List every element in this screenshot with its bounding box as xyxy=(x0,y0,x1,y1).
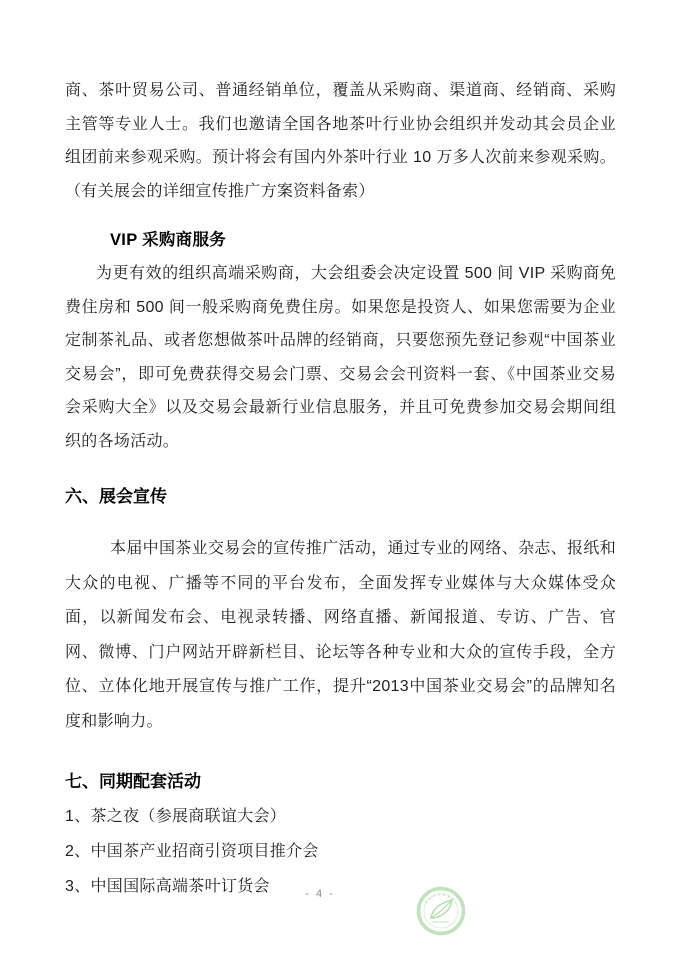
vip-section-heading: VIP 采购商服务 xyxy=(110,224,616,257)
vip-section-body: 为更有效的组织高端采购商，大会组委会决定设置 500 间 VIP 采购商免费住房… xyxy=(65,257,616,458)
leaf-stamp-icon xyxy=(415,885,467,937)
section-six-heading: 六、展会宣传 xyxy=(65,480,616,514)
list-item: 2、中国茶产业招商引资项目推介会 xyxy=(65,834,616,869)
list-item: 1、茶之夜（参展商联谊大会） xyxy=(65,799,616,834)
continuation-paragraph: 商、茶叶贸易公司、普通经销单位，覆盖从采购商、渠道商、经销商、采购主管等专业人士… xyxy=(65,74,616,208)
section-seven-heading: 七、同期配套活动 xyxy=(65,765,616,799)
section-six-body: 本届中国茶业交易会的宣传推广活动，通过专业的网络、杂志、报纸和大众的电视、广播等… xyxy=(65,532,616,739)
page-number: - 4 - xyxy=(0,888,640,900)
page-content: 商、茶叶贸易公司、普通经销单位，覆盖从采购商、渠道商、经销商、采购主管等专业人士… xyxy=(65,74,616,904)
document-page: 商、茶叶贸易公司、普通经销单位，覆盖从采购商、渠道商、经销商、采购主管等专业人士… xyxy=(0,0,678,959)
